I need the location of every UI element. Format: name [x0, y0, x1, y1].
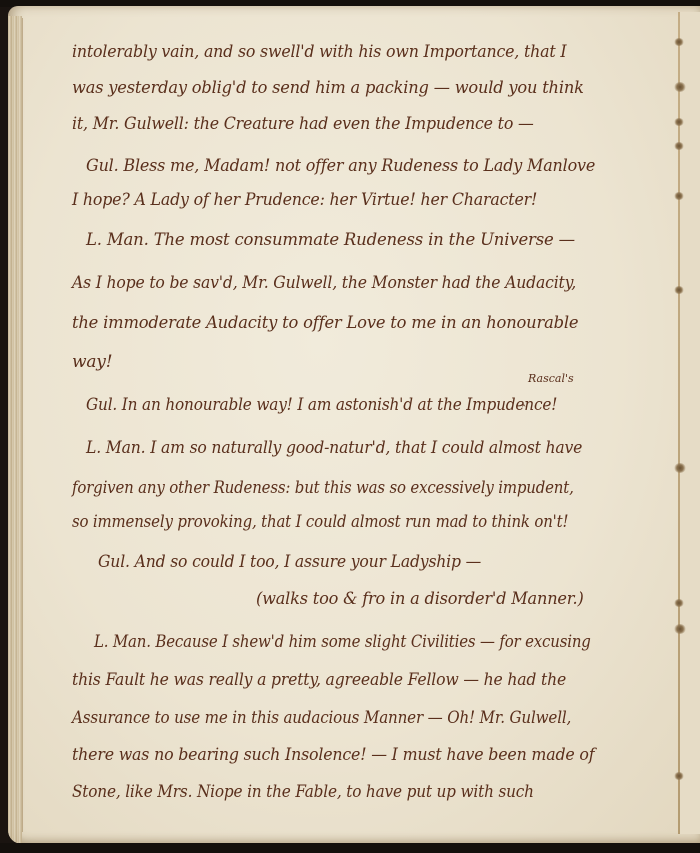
stitch-hole-icon [674, 118, 684, 126]
manuscript-line: was yesterday oblig'd to send him a pack… [72, 78, 584, 98]
interlinear-insertion: Rascal's [528, 372, 574, 385]
manuscript-line: intolerably vain, and so swell'd with hi… [72, 42, 566, 62]
speech-gulwell: Gul. And so could I too, I assure your L… [98, 552, 481, 572]
stitch-hole-icon [674, 463, 686, 473]
manuscript-line: there was no bearing such Insolence! — I… [72, 745, 594, 765]
stitch-hole-icon [674, 142, 684, 150]
stitch-hole-icon [674, 38, 684, 46]
binding-gutter [680, 12, 700, 834]
manuscript-line: the immoderate Audacity to offer Love to… [72, 313, 578, 333]
manuscript-line: so immensely provoking, that I could alm… [72, 512, 568, 532]
stitch-hole-icon [674, 599, 684, 607]
stitch-hole-icon [674, 624, 686, 634]
manuscript-line: Stone, like Mrs. Niope in the Fable, to … [72, 782, 534, 802]
speech-gulwell: Gul. Bless me, Madam! not offer any Rude… [86, 156, 595, 176]
manuscript-line: I hope? A Lady of her Prudence: her Virt… [72, 190, 537, 210]
speech-gulwell: Gul. In an honourable way! I am astonish… [86, 395, 557, 415]
stage-direction: (walks too & fro in a disorder'd Manner.… [256, 589, 584, 609]
manuscript-line: this Fault he was really a pretty, agree… [72, 670, 566, 690]
stitch-hole-icon [674, 82, 686, 92]
stitch-hole-icon [674, 286, 684, 294]
stitch-hole-icon [674, 772, 684, 780]
scan-bottom-border [0, 843, 700, 853]
speech-lady-manlove: L. Man. The most consummate Rudeness in … [86, 230, 575, 250]
speech-lady-manlove: L. Man. I am so naturally good-natur'd, … [86, 438, 582, 458]
binding-fold-line [678, 12, 680, 834]
insertion-caret-icon: ‸ [522, 394, 526, 407]
manuscript-line: way! [72, 352, 112, 372]
manuscript-line: forgiven any other Rudeness: but this wa… [72, 478, 574, 498]
manuscript-line: it, Mr. Gulwell: the Creature had even t… [72, 114, 534, 134]
stitch-hole-icon [674, 192, 684, 200]
page-stack-edges [8, 16, 22, 844]
left-margin-rule [22, 18, 23, 832]
speech-lady-manlove: L. Man. Because I shew'd him some slight… [94, 632, 591, 652]
manuscript-page: intolerably vain, and so swell'd with hi… [8, 6, 700, 844]
manuscript-line: Assurance to use me in this audacious Ma… [72, 708, 571, 728]
manuscript-line: As I hope to be sav'd, Mr. Gulwell, the … [72, 273, 576, 293]
